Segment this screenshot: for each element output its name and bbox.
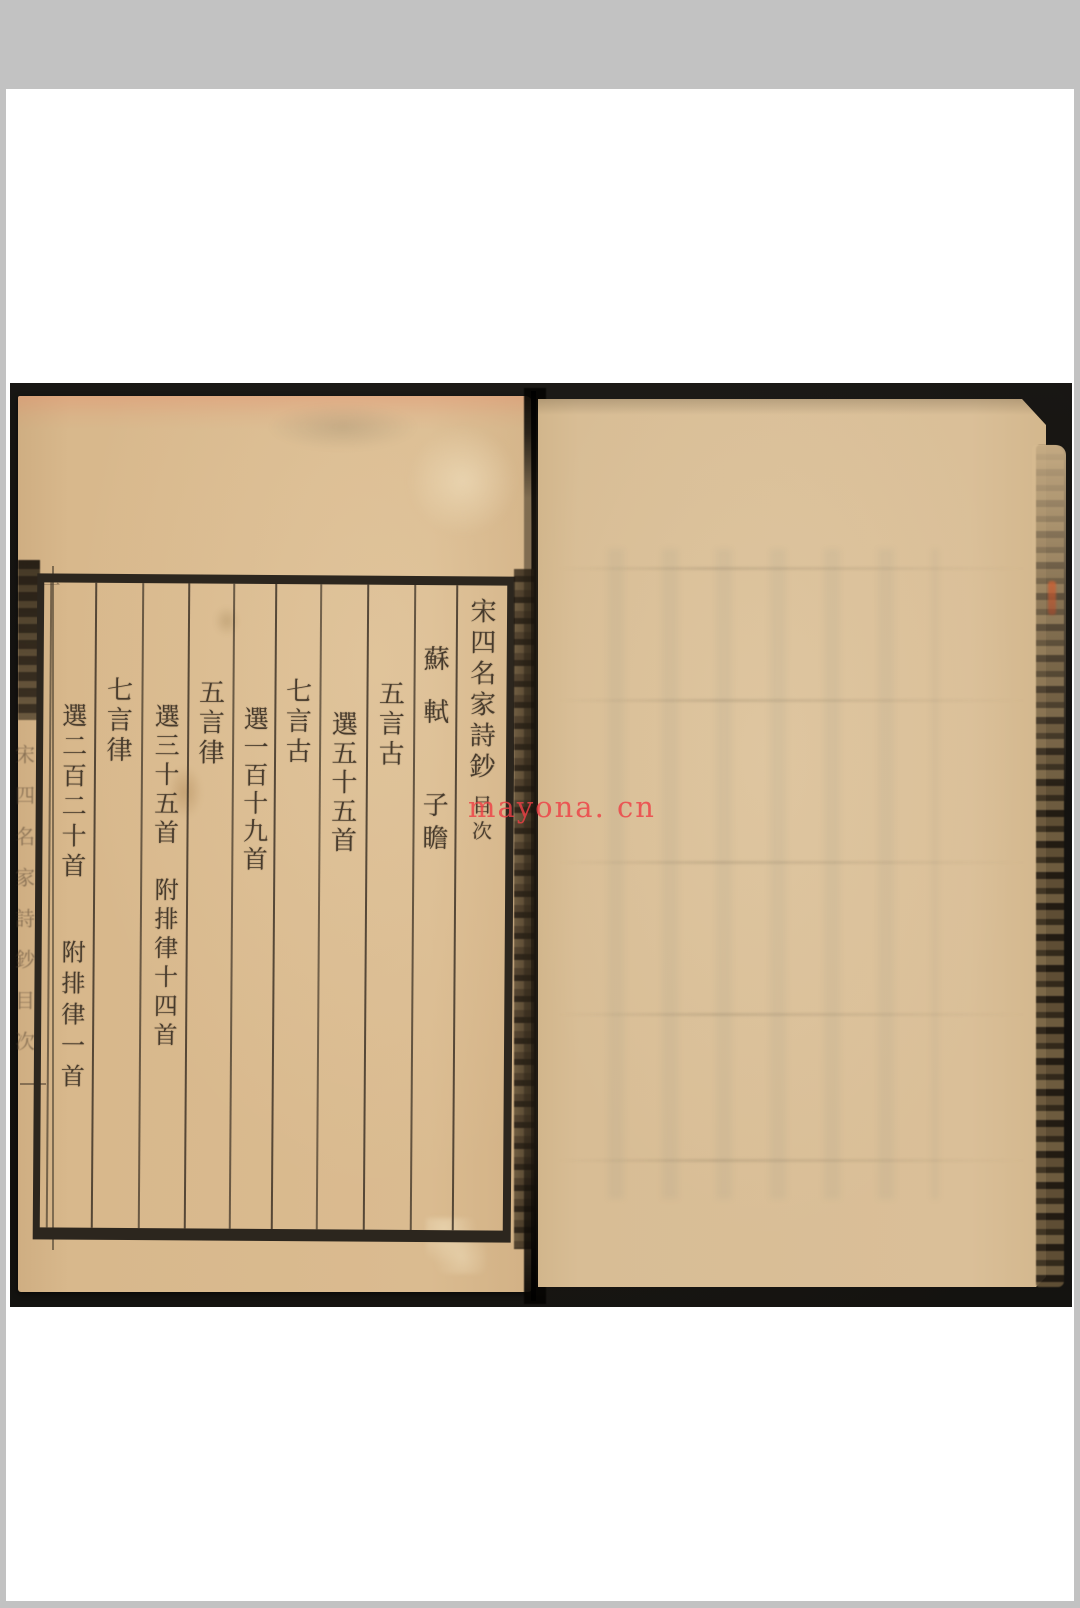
toc-column-wuyan-gu-count: 選五十五首 [316,584,368,1229]
section-label: 七言古 [282,677,312,767]
section-appendix: 附排律十四首 [145,848,181,1051]
paper-smudge [268,404,418,450]
toc-column-wuyan-gu: 五言古 [363,585,415,1230]
toc-column-qiyan-gu: 七言古 [271,584,321,1229]
section-count: 選三十五首 [150,703,178,848]
paper-showthrough [608,549,938,1199]
toc-column-qiyan-gu-count: 選一百十九首 [229,584,276,1229]
toc-grid-frame: 宋四名家詩鈔目次 蘇軾子瞻 五言古 選五十五首 [33,573,516,1242]
right-page [538,399,1046,1287]
section-label: 七言律 [103,676,133,766]
author-courtesy-name: 子瞻 [415,751,453,857]
site-watermark: mayona. cn [468,790,656,824]
section-count: 選五十五首 [327,710,357,855]
book-photo: 宋四名家詩鈔目次 一 宋四名家詩鈔目次 [10,383,1072,1307]
page-edge-red-mark [1048,581,1056,615]
section-appendix: 附排律一首 [52,882,88,1094]
toc-column-wuyan-lv: 五言律 [184,583,234,1228]
author-name: 蘇軾 [420,645,450,751]
section-count: 選一百十九首 [239,706,267,874]
paper-shade [538,399,1046,415]
toc-column-author: 蘇軾子瞻 [410,585,457,1230]
section-label: 五言律 [195,678,225,768]
toc-grid: 宋四名家詩鈔目次 蘇軾子瞻 五言古 選五十五首 [40,582,507,1230]
section-label: 五言古 [375,680,405,770]
book-gutter-shadow [531,391,536,1301]
toc-column-title: 宋四名家詩鈔目次 [452,585,508,1230]
page-edge-stack-fade [1032,445,1066,805]
toc-column-qiyan-lv-count: 選二百二十首附排律一首 [46,582,96,1227]
section-count: 選二百二十首 [58,702,86,882]
book-title: 宋四名家詩鈔 [466,597,496,783]
toc-column-wuyan-lv-count: 選三十五首附排律十四首 [138,583,189,1228]
paper-streak [408,426,518,536]
toc-column-qiyan-lv: 七言律 [91,583,143,1228]
left-page: 宋四名家詩鈔目次 一 宋四名家詩鈔目次 [18,396,532,1292]
